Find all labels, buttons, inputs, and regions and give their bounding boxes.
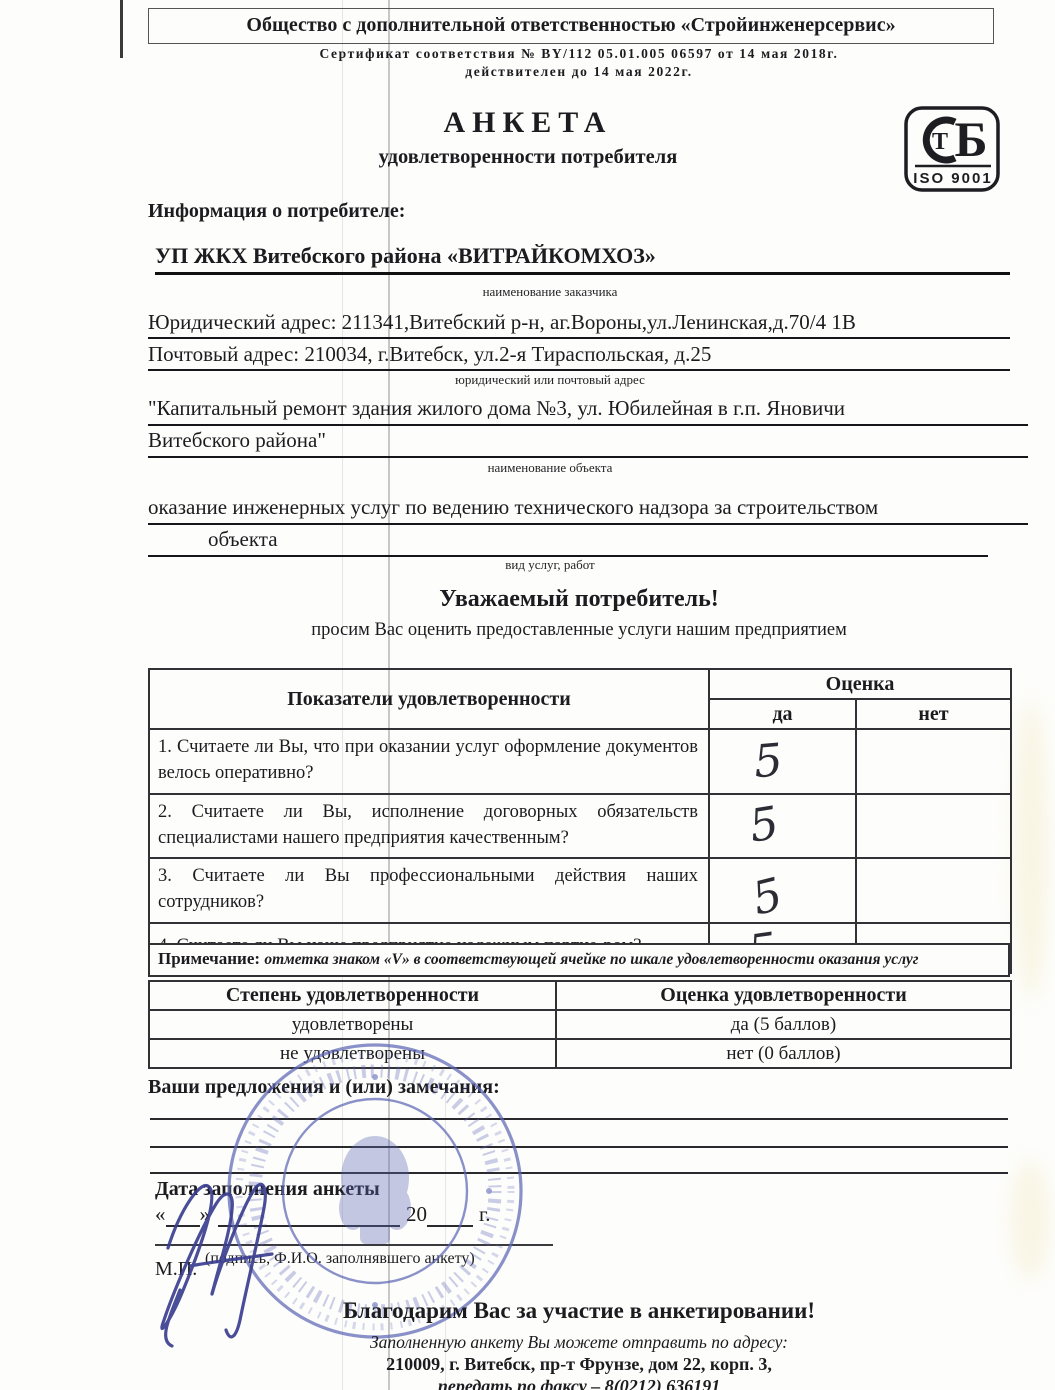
postal-address-line: Почтовый адрес: 210034, г.Витебск, ул.2-… xyxy=(148,342,1010,371)
indicators-header: Показатели удовлетворенности xyxy=(149,669,709,729)
svg-text:Б: Б xyxy=(954,111,987,167)
note-label: Примечание: xyxy=(158,949,260,968)
handwritten-score: 5 xyxy=(748,871,787,922)
customer-name-line: УП ЖКХ Витебского района «ВИТРАЙКОМХОЗ» xyxy=(155,243,1010,275)
service-caption: вид услуг, работ xyxy=(350,557,750,573)
note-text: отметка знаком «V» в соответствующей яче… xyxy=(264,951,918,968)
address-caption: юридический или почтовый адрес xyxy=(350,372,750,388)
score-not-satisfied: нет (0 баллов) xyxy=(556,1039,1011,1068)
yes-column-header: да xyxy=(709,699,856,729)
appeal-subheading: просим Вас оценить предоставленные услуг… xyxy=(148,620,1010,641)
degree-header: Степень удовлетворенности xyxy=(149,981,556,1010)
object-name-line-2: Витебского района" xyxy=(148,428,1028,458)
score-satisfied: да (5 баллов) xyxy=(556,1010,1011,1039)
scan-smudge xyxy=(1010,1160,1050,1280)
scan-artifact-mark xyxy=(120,0,123,58)
document-title: АНКЕТА xyxy=(148,106,908,140)
question-2-yes-cell: 5 xyxy=(709,794,856,859)
satisfaction-survey-table: Показатели удовлетворенности Оценка да н… xyxy=(148,668,1012,974)
question-3-yes-cell: 5 xyxy=(709,858,856,923)
scan-smudge xyxy=(1014,700,1048,1000)
handwritten-score: 5 xyxy=(746,800,781,849)
service-type-line-2: объекта xyxy=(148,527,988,557)
send-address-line: 210009, г. Витебск, пр-т Фрунзе, дом 22,… xyxy=(148,1354,1010,1375)
send-hint-line: Заполненную анкету Вы можете отправить п… xyxy=(148,1332,1010,1353)
question-1: 1. Считаете ли Вы, что при оказании услу… xyxy=(149,729,709,794)
handwritten-score: 5 xyxy=(752,737,784,784)
appeal-heading: Уважаемый потребитель! xyxy=(148,586,1010,613)
question-2: 2. Считаете ли Вы, исполнение договорных… xyxy=(149,794,709,859)
legal-address-line: Юридический адрес: 211341,Витебский р-н,… xyxy=(148,310,1010,339)
thanks-line: Благодарим Вас за участие в анкетировани… xyxy=(148,1298,1010,1324)
question-3: 3. Считаете ли Вы профессиональными дейс… xyxy=(149,858,709,923)
stb-logo-graphic: Т Б ISO 9001 xyxy=(903,106,1003,194)
question-2-no-cell xyxy=(856,794,1011,859)
organization-name: Общество с дополнительной ответственност… xyxy=(246,14,895,36)
service-type-line-1: оказание инженерных услуг по ведению тех… xyxy=(148,495,1028,525)
stb-iso9001-logo: Т Б ISO 9001 xyxy=(903,106,1003,194)
question-1-yes-cell: 5 xyxy=(709,729,856,794)
question-1-no-cell xyxy=(856,729,1011,794)
send-fax-line: передать по факсу – 8(0212) 636191 xyxy=(148,1376,1010,1390)
degree-satisfied: удовлетворены xyxy=(149,1010,556,1039)
document-subtitle: удовлетворенности потребителя xyxy=(148,146,908,169)
svg-text:Т: Т xyxy=(932,129,948,155)
organization-header-box: Общество с дополнительной ответственност… xyxy=(148,8,994,44)
scale-score-header: Оценка удовлетворенности xyxy=(556,981,1011,1010)
svg-text:ISO 9001: ISO 9001 xyxy=(913,170,992,187)
certificate-line-1: Сертификат соответствия № BY/112 05.01.0… xyxy=(148,46,1010,62)
score-header: Оценка xyxy=(709,669,1011,699)
object-name-line-1: "Капитальный ремонт здания жилого дома №… xyxy=(148,396,1028,426)
scanned-questionnaire-page: Общество с дополнительной ответственност… xyxy=(0,0,1055,1390)
certificate-line-2: действителен до 14 мая 2022г. xyxy=(148,64,1010,80)
question-3-no-cell xyxy=(856,858,1011,923)
no-column-header: нет xyxy=(856,699,1011,729)
note-box: Примечание: отметка знаком «V» в соответ… xyxy=(148,943,1010,977)
customer-caption: наименование заказчика xyxy=(350,284,750,300)
object-caption: наименование объекта xyxy=(350,460,750,476)
consumer-info-label: Информация о потребителе: xyxy=(148,200,1010,223)
